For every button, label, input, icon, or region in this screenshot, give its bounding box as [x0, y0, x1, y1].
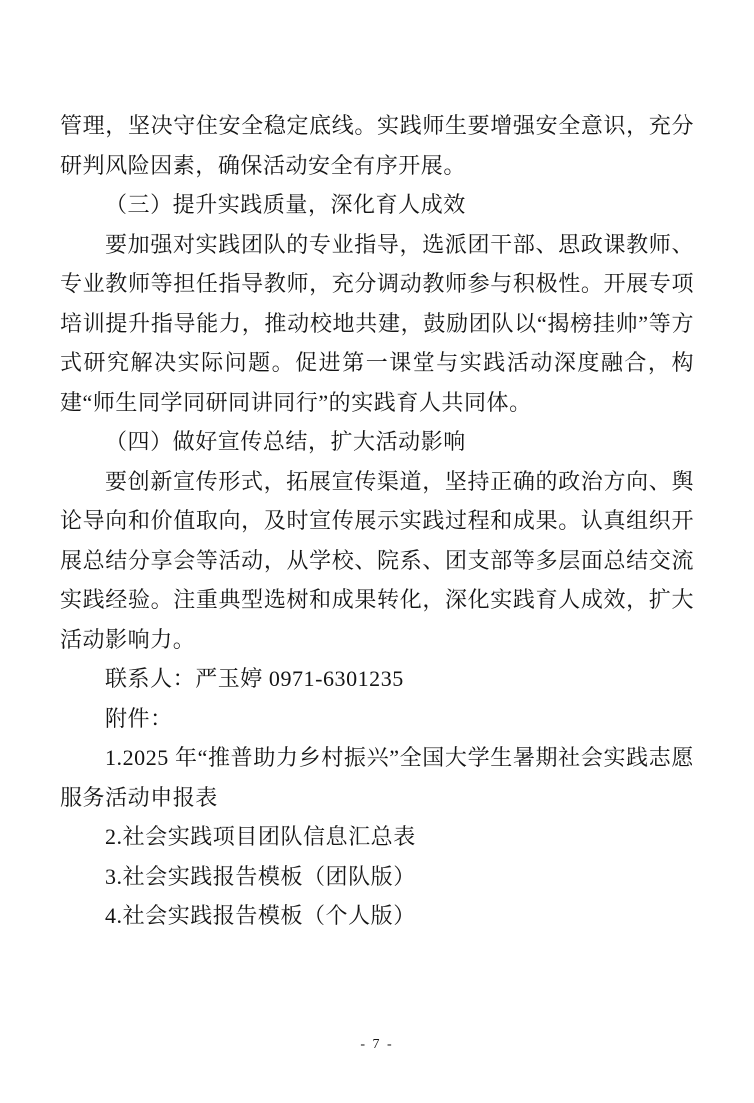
section-heading: （四）做好宣传总结，扩大活动影响 [60, 422, 694, 462]
body-paragraph: 1.2025 年“推普助力乡村振兴”全国大学生暑期社会实践志愿服务活动申报表 [60, 738, 694, 817]
body-paragraph: 管理，坚决守住安全稳定底线。实践师生要增强安全意识，充分研判风险因素，确保活动安… [60, 106, 694, 185]
document-body: 管理，坚决守住安全稳定底线。实践师生要增强安全意识，充分研判风险因素，确保活动安… [60, 106, 694, 936]
body-paragraph: 要创新宣传形式，拓展宣传渠道，坚持正确的政治方向、舆论导向和价值取向，及时宣传展… [60, 462, 694, 660]
body-paragraph: 要加强对实践团队的专业指导，选派团干部、思政课教师、专业教师等担任指导教师，充分… [60, 225, 694, 423]
body-paragraph: 联系人：严玉婷 0971-6301235 [60, 659, 694, 699]
body-paragraph: 2.社会实践项目团队信息汇总表 [60, 817, 694, 857]
section-heading: （三）提升实践质量，深化育人成效 [60, 185, 694, 225]
document-page: 管理，坚决守住安全稳定底线。实践师生要增强安全意识，充分研判风险因素，确保活动安… [0, 0, 754, 1103]
page-number: - 7 - [0, 1037, 754, 1053]
body-paragraph: 3.社会实践报告模板（团队版） [60, 857, 694, 897]
body-paragraph: 附件： [60, 699, 694, 739]
body-paragraph: 4.社会实践报告模板（个人版） [60, 896, 694, 936]
